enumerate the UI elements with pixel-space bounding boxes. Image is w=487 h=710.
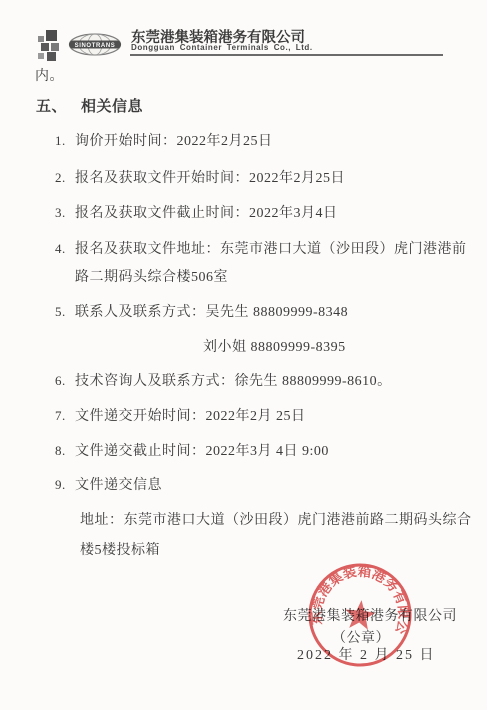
item-number: 6. (55, 373, 75, 389)
section-number: 五、 (36, 99, 67, 115)
document-page: SINOTRANS 东莞港集装箱港务有限公司 Dongguan Containe… (0, 0, 487, 710)
item-number: 5. (55, 304, 75, 320)
item-number: 3. (55, 205, 75, 221)
submission-address-line-2: 楼5楼投标箱 (80, 539, 160, 559)
list-item-1: 1.询价开始时间：2022年2月25日 (55, 130, 273, 150)
item-text: 报名及获取文件地址：东莞市港口大道（沙田段）虎门港港前 (75, 242, 467, 257)
list-item-5: 5.联系人及联系方式：吴先生 88809999-8348 (55, 301, 348, 321)
item-text: 报名及获取文件截止时间：2022年3月4日 (75, 206, 338, 221)
sinotrans-globe-logo: SINOTRANS (68, 33, 122, 56)
list-item-2: 2.报名及获取文件开始时间：2022年2月25日 (55, 167, 345, 187)
item-text: 技术咨询人及联系方式：徐先生 88809999-8610。 (75, 374, 392, 389)
list-item-6: 6.技术咨询人及联系方式：徐先生 88809999-8610。 (55, 370, 392, 390)
letterhead-rule (130, 54, 443, 56)
list-item-9: 9.文件递交信息 (55, 474, 162, 494)
list-item-8: 8.文件递交截止时间：2022年3月 4日 9:00 (55, 440, 329, 460)
list-item-4: 4.报名及获取文件地址：东莞市港口大道（沙田段）虎门港港前 (55, 238, 467, 258)
item-text: 询价开始时间：2022年2月25日 (75, 134, 273, 149)
item-number: 4. (55, 241, 75, 257)
company-seal-stamp: 东莞港集装箱港务有限公司 (300, 555, 421, 676)
seal-ring-text: 东莞港集装箱港务有限公司 (300, 555, 419, 637)
company-name-en: Dongguan Container Terminals Co., Ltd. (131, 43, 313, 52)
section-title: 相关信息 (81, 99, 143, 115)
item-number: 2. (55, 170, 75, 186)
item-text: 报名及获取文件开始时间：2022年2月25日 (75, 171, 345, 186)
item-number: 9. (55, 477, 75, 493)
item-text: 联系人及联系方式：吴先生 88809999-8348 (75, 305, 348, 320)
list-item-4-continuation: 路二期码头综合楼506室 (75, 266, 228, 286)
list-item-3: 3.报名及获取文件截止时间：2022年3月4日 (55, 202, 338, 222)
sinotrans-mosaic-logo (38, 30, 68, 60)
sinotrans-logo-text: SINOTRANS (75, 43, 116, 49)
item-text: 文件递交信息 (75, 478, 162, 493)
continuation-text: 内。 (35, 65, 64, 85)
list-item-5-contact-2: 刘小姐 88809999-8395 (203, 336, 346, 356)
submission-address-line-1: 地址：东莞市港口大道（沙田段）虎门港港前路二期码头综合 (80, 509, 472, 529)
item-number: 7. (55, 408, 75, 424)
section-heading: 五、相关信息 (36, 95, 143, 116)
seal-star-icon (343, 598, 376, 630)
item-number: 1. (55, 133, 75, 149)
item-text: 文件递交截止时间：2022年3月 4日 9:00 (75, 444, 329, 459)
svg-text:东莞港集装箱港务有限公司: 东莞港集装箱港务有限公司 (300, 555, 419, 637)
item-text: 文件递交开始时间：2022年2月 25日 (75, 409, 306, 424)
item-number: 8. (55, 443, 75, 459)
list-item-7: 7.文件递交开始时间：2022年2月 25日 (55, 405, 306, 425)
